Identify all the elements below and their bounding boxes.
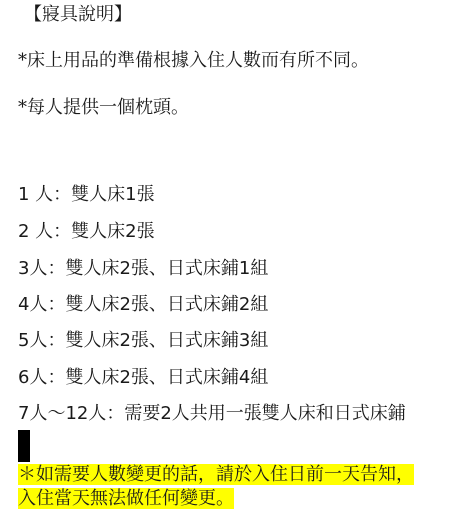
bedding-row-5: 5人：雙人床2張、日式床鋪3組 xyxy=(18,330,268,352)
highlighted-notice: ＊如需要人數變更的話，請於入住日前一天告知， 入住當天無法做任何變更。 xyxy=(18,463,468,511)
text-cursor-block xyxy=(18,430,30,462)
note-pillow-per-person: *每人提供一個枕頭。 xyxy=(18,97,189,119)
bedding-row-7-12: 7人～12人：需要2人共用一張雙人床和日式床鋪 xyxy=(18,403,406,425)
bedding-row-4: 4人：雙人床2張、日式床鋪2組 xyxy=(18,294,268,316)
notice-line-1: ＊如需要人數變更的話，請於入住日前一天告知， xyxy=(18,464,414,485)
bedding-row-1: 1 人：雙人床1張 xyxy=(18,184,155,206)
note-bedding-varies: *床上用品的準備根據入住人數而有所不同。 xyxy=(18,50,369,72)
document-title: 【寢具說明】 xyxy=(24,4,132,26)
notice-line-2: 入住當天無法做任何變更。 xyxy=(18,488,234,509)
bedding-row-2: 2 人：雙人床2張 xyxy=(18,221,155,243)
bedding-row-6: 6人：雙人床2張、日式床鋪4組 xyxy=(18,367,268,389)
bedding-row-3: 3人：雙人床2張、日式床鋪1組 xyxy=(18,258,268,280)
